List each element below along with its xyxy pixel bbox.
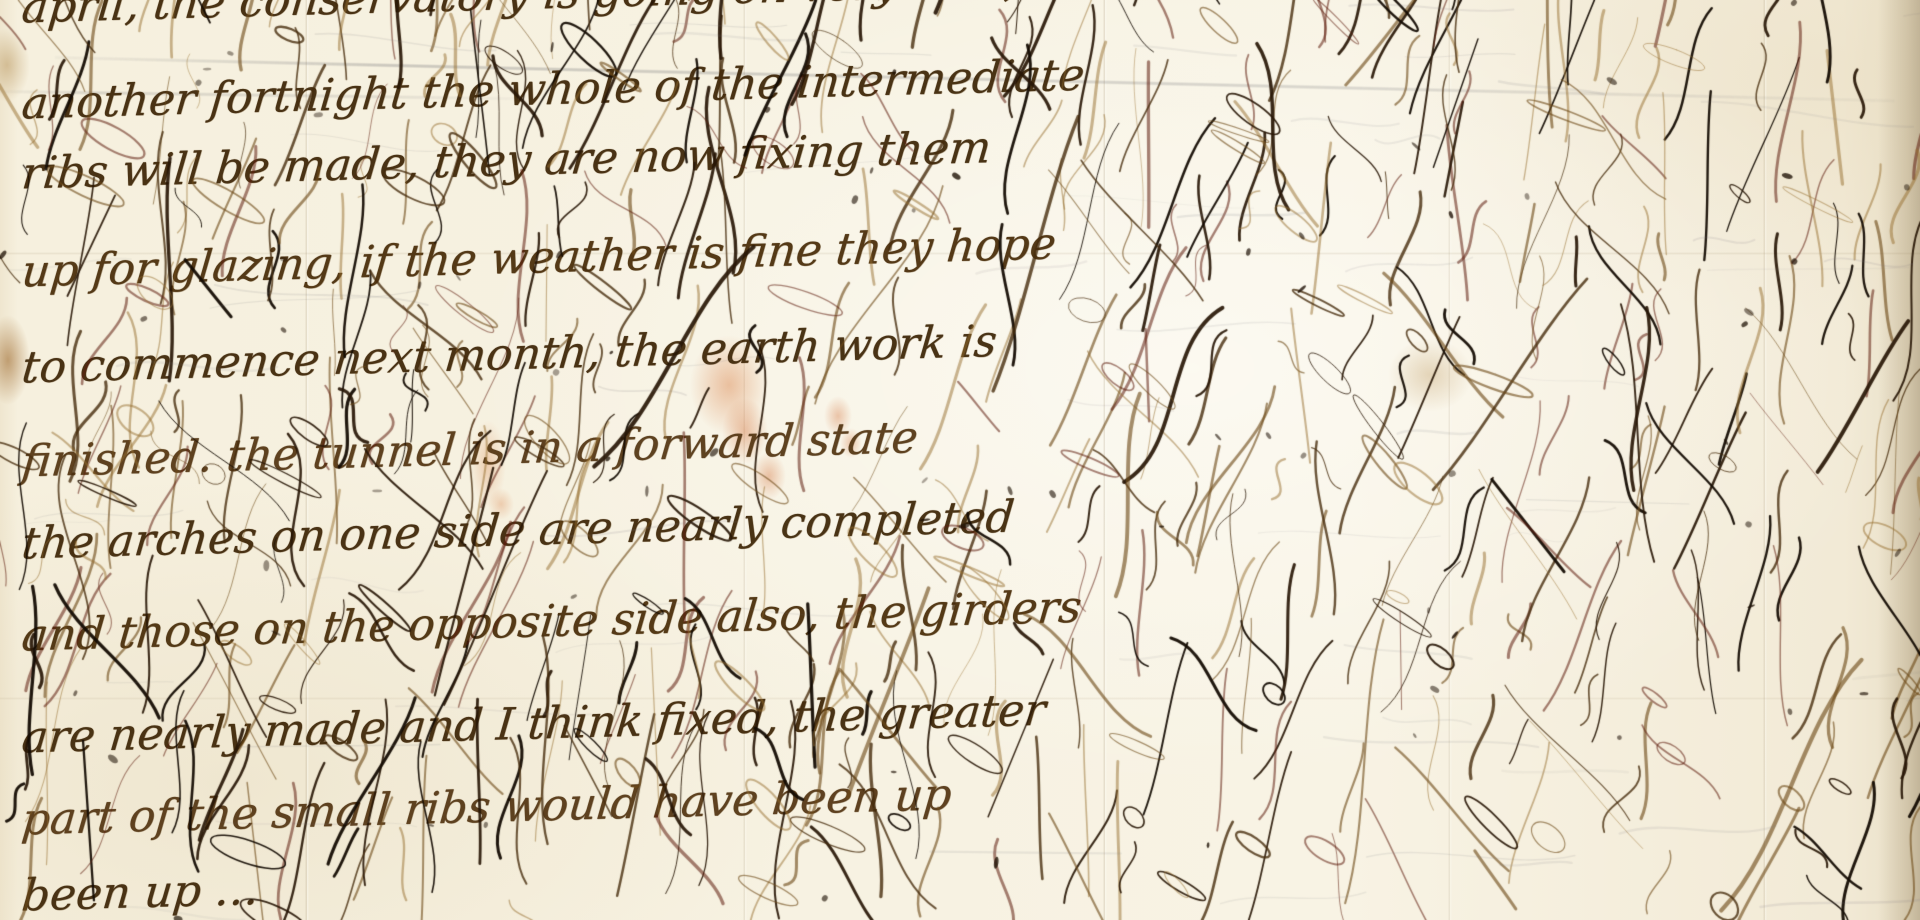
handwriting-line: april, the conservatory is going on very… <box>0 0 1920 35</box>
handwriting-line: to commence next month, the earth work i… <box>0 292 1920 395</box>
handwriting-line: finished. the tunnel is in a forward sta… <box>0 386 1920 489</box>
handwriting-line: and those on the opposite side also, the… <box>0 560 1920 663</box>
handwriting-line: up for glazing, if the weather is fine t… <box>0 196 1920 299</box>
handwriting-line: the arches on one side are nearly comple… <box>0 468 1920 571</box>
letter-text: april, the conservatory is going on very… <box>0 0 1920 920</box>
letter-page: april, the conservatory is going on very… <box>0 0 1920 920</box>
handwriting-line: are nearly made and I think fixed, the g… <box>0 662 1920 765</box>
